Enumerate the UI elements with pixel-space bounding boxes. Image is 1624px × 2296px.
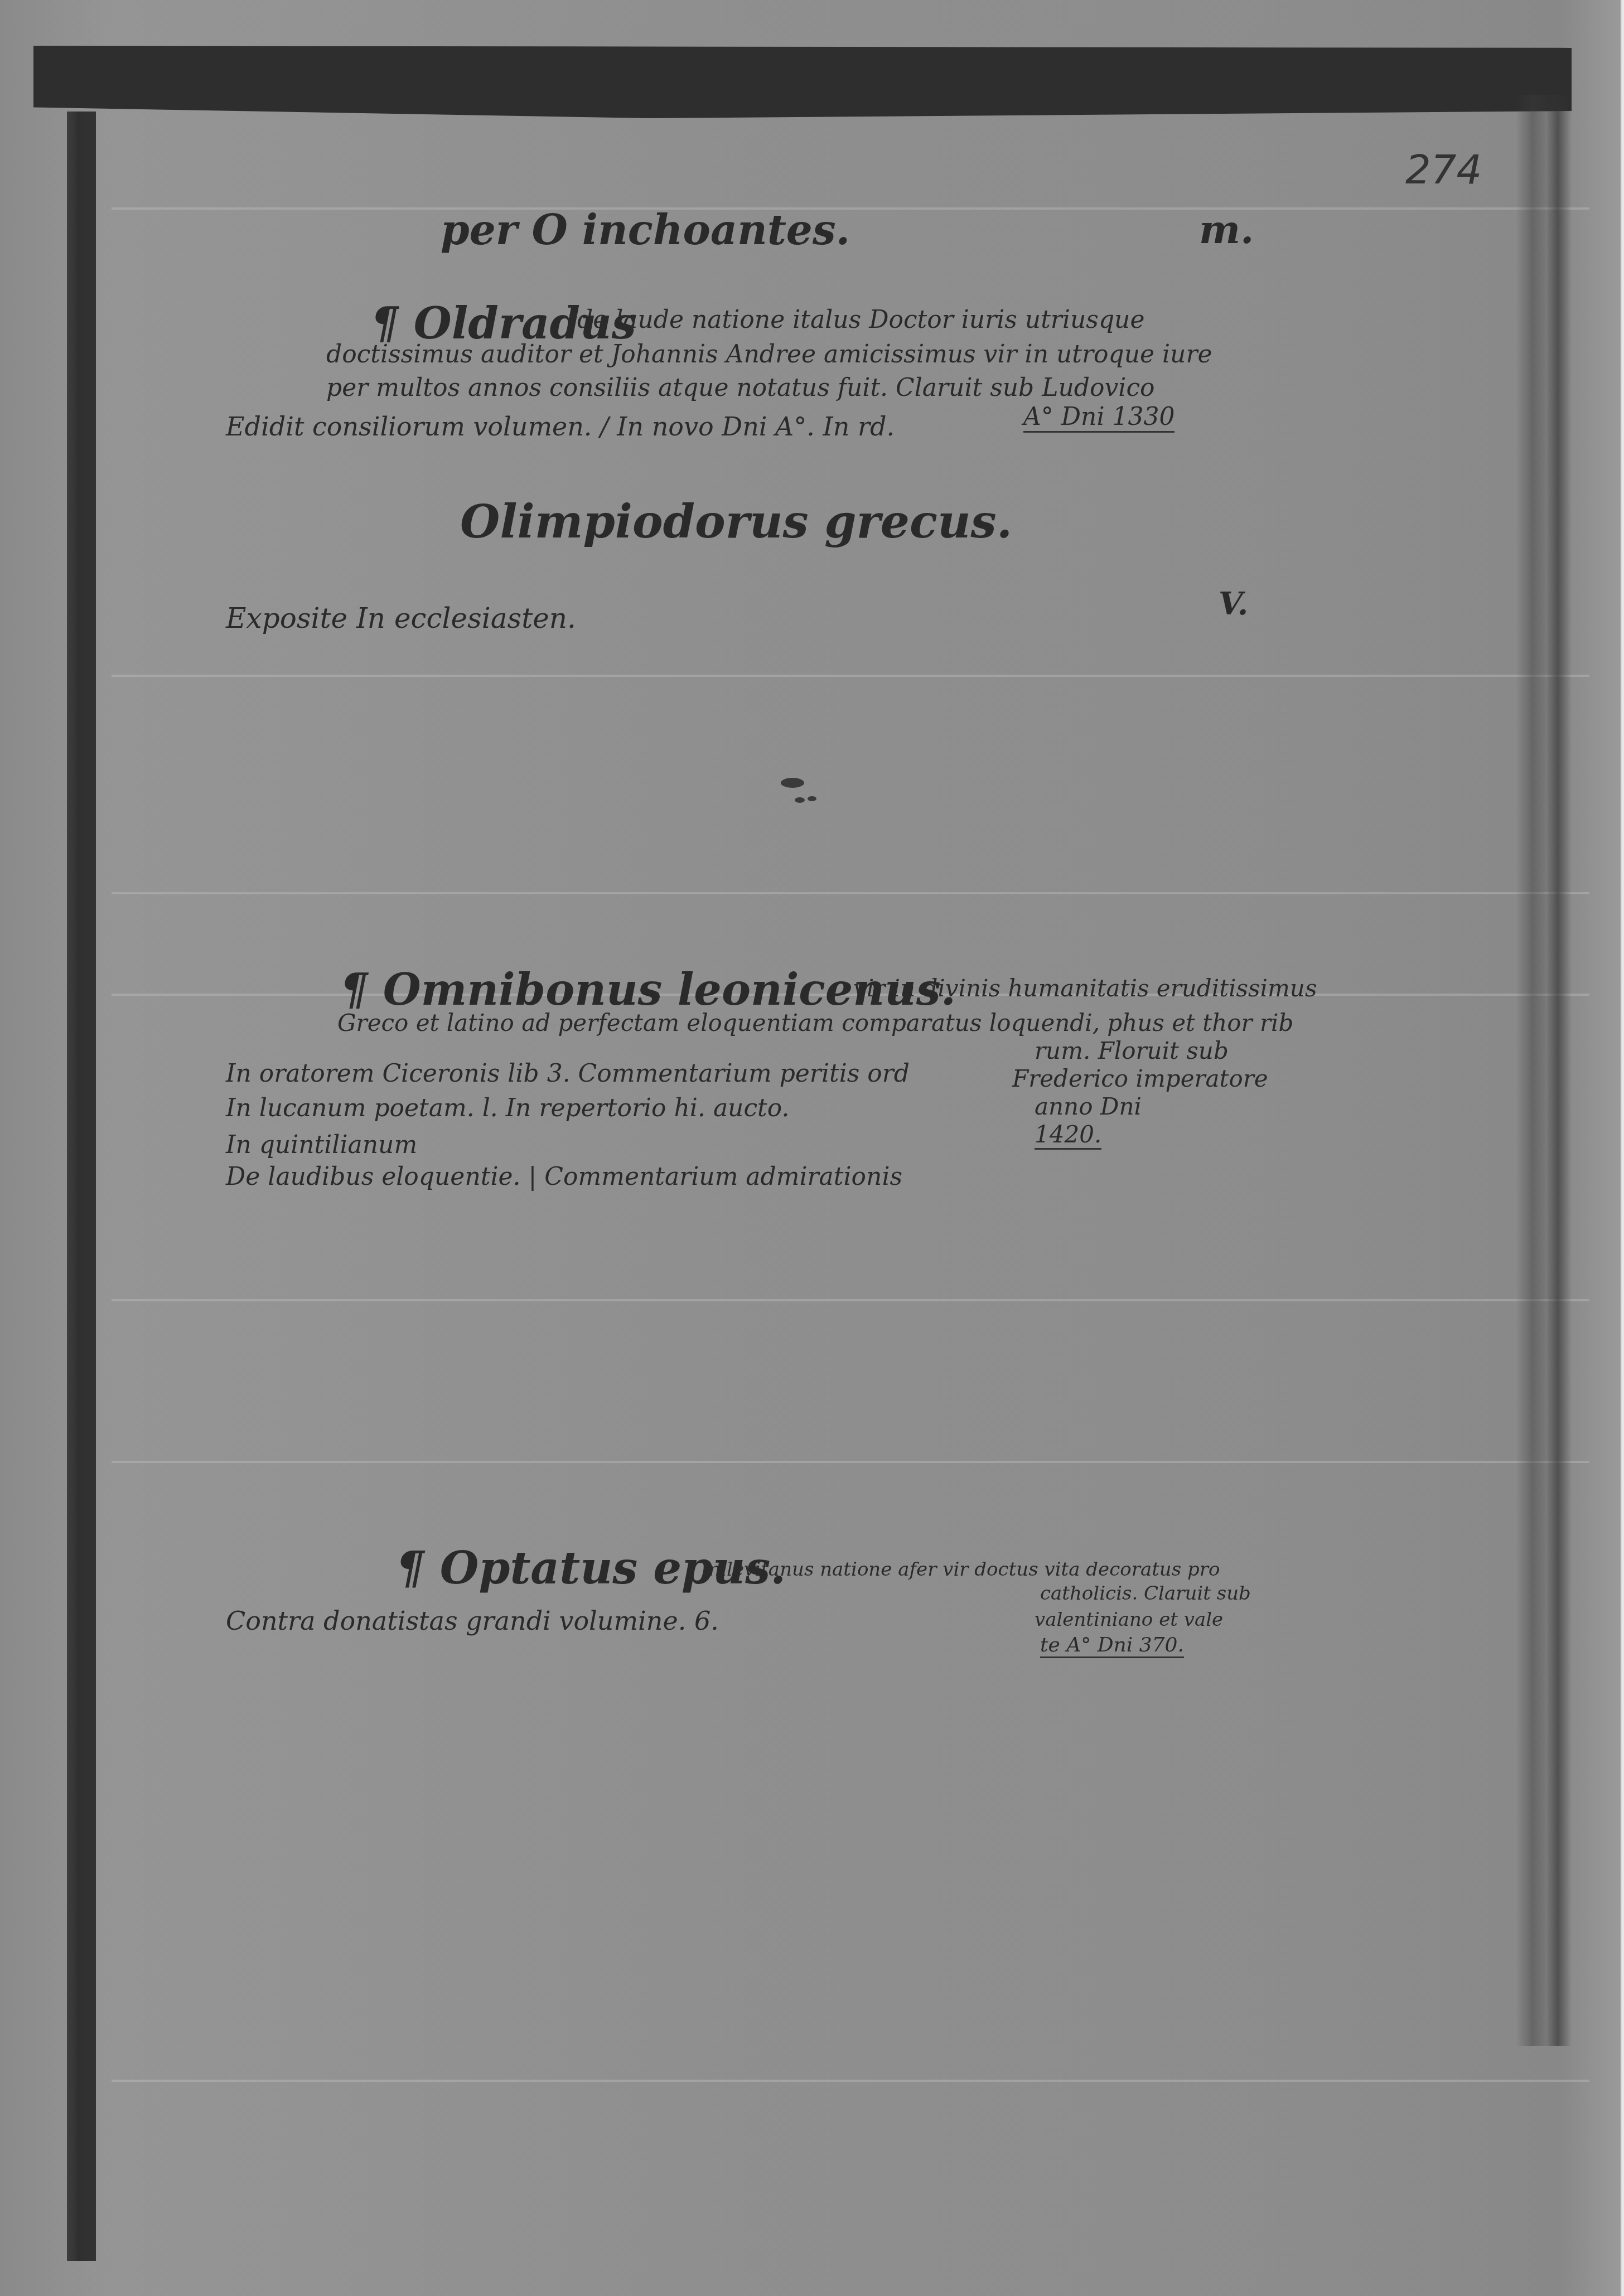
entry-description-line: de laude natione italus Doctor iuris utr… <box>577 306 1144 334</box>
entry-description-line: catholicis. Claruit sub <box>1040 1582 1251 1605</box>
entry-section-mark: V. <box>1219 585 1248 622</box>
fold-line <box>112 1461 1589 1463</box>
entry-work: In quintilianum <box>226 1131 417 1159</box>
entry-description-line: Greco et latino ad perfectam eloquentiam… <box>337 1009 1293 1036</box>
entry-heading: Olimpiodorus grecus. <box>460 495 1012 549</box>
frame-right-shadow <box>1516 95 1572 2046</box>
fold-line <box>112 675 1589 677</box>
running-header-title: per O inchoantes. <box>441 206 850 254</box>
entry-description-line: per multos annos consiliis atque notatus… <box>326 374 1155 402</box>
entry-description-line: rum. Floruit sub <box>1035 1037 1229 1064</box>
paragraph-mark-icon: ¶ <box>396 1542 424 1594</box>
entry-description-line: Frederico imperatore <box>1012 1065 1268 1092</box>
ink-blot <box>808 796 816 801</box>
entry-description-line: vir in divinis humanitatis eruditissimus <box>853 975 1317 1002</box>
folio-number: 274 <box>1405 146 1482 193</box>
frame-top-border <box>33 46 1572 118</box>
fold-line <box>112 892 1589 894</box>
entry-description-line: anno Dni <box>1035 1093 1142 1120</box>
entry-description-line: valentiniano et vale <box>1035 1609 1223 1631</box>
manuscript-page: 274 per O inchoantes. m. ¶ Oldradus de l… <box>0 0 1624 2296</box>
entry-work: De laudibus eloquentie. | Commentarium a… <box>226 1162 902 1191</box>
entry-work: In oratorem Ciceronis lib 3. Commentariu… <box>226 1059 910 1088</box>
entry-work: Exposite In ecclesiasten. <box>226 602 576 634</box>
entry-description-line: doctissimus auditor et Johannis Andree a… <box>326 340 1212 369</box>
fold-line <box>112 2080 1589 2082</box>
entry-date: 1420. <box>1035 1121 1101 1150</box>
entry-date: A° Dni 1330 <box>1023 403 1174 433</box>
entry-date: te A° Dni 370. <box>1040 1634 1184 1658</box>
entry-work: Contra donatistas grandi volumine. 6. <box>226 1606 719 1636</box>
fold-line <box>112 1299 1589 1301</box>
running-header-mark: m. <box>1199 206 1254 253</box>
entry-work: In lucanum poetam. l. In repertorio hi. … <box>226 1094 789 1122</box>
ink-blot <box>795 797 805 803</box>
entry-work: Edidit consiliorum volumen. / In novo Dn… <box>226 411 895 442</box>
fold-line <box>112 207 1589 210</box>
ink-blot <box>781 778 804 788</box>
entry-description-line: milevitanus natione afer vir doctus vita… <box>703 1558 1220 1581</box>
frame-left-border <box>67 112 96 2261</box>
paragraph-mark-icon: ¶ <box>340 965 368 1015</box>
